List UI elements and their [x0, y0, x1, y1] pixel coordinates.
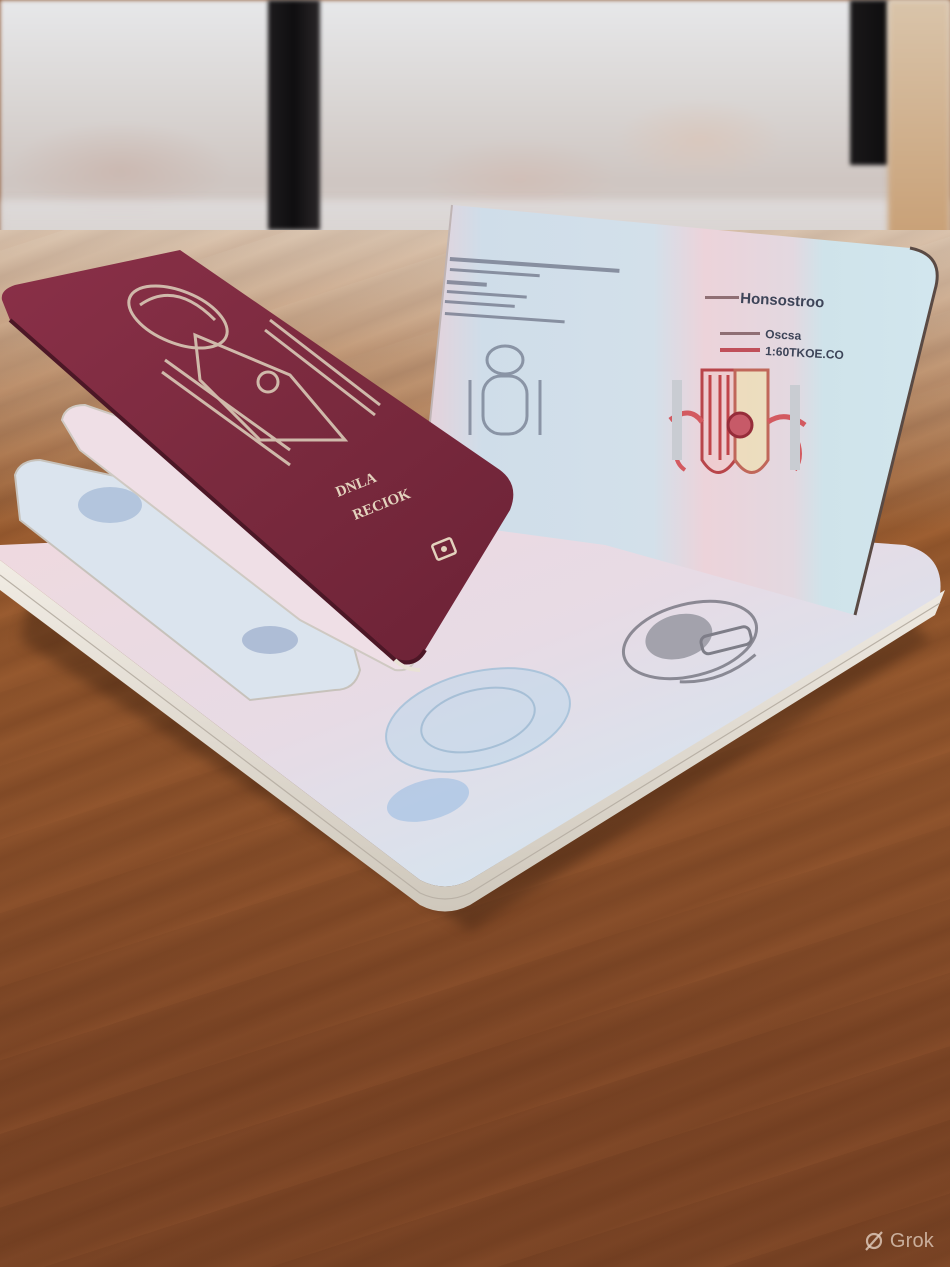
photo-scene: Honsostroo Oscsa 1:60TKOE.CO	[0, 0, 950, 1267]
grok-logo-icon	[862, 1229, 886, 1253]
grok-watermark: Grok	[862, 1229, 934, 1253]
watermark-label: Grok	[890, 1230, 934, 1253]
svg-text:Oscsa: Oscsa	[765, 327, 802, 343]
passport-illustration: Honsostroo Oscsa 1:60TKOE.CO	[0, 0, 950, 1267]
